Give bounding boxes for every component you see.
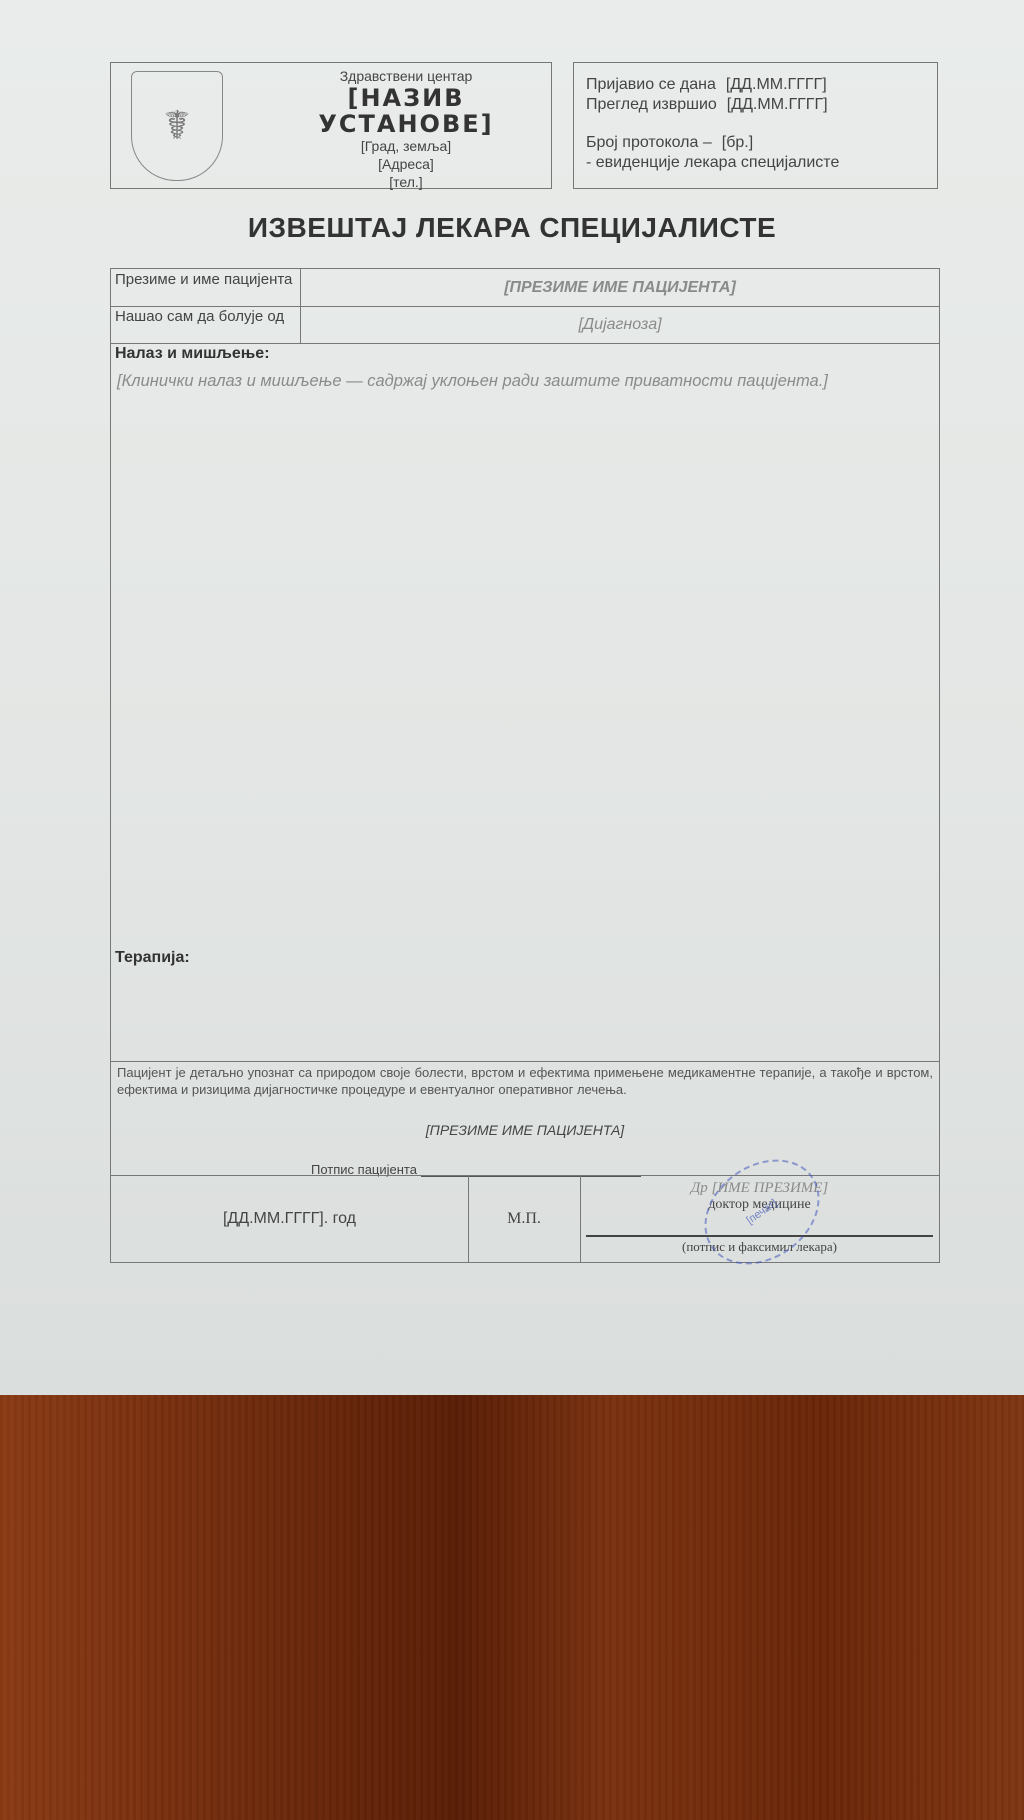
reported-date-line: Пријавио се дана[ДД.ММ.ГГГГ] <box>586 75 827 95</box>
report-form: Презиме и име пацијента [ПРЕЗИМЕ ИМЕ ПАЦ… <box>110 268 940 1263</box>
exam-label: Преглед извршио <box>586 96 717 113</box>
protocol-line: Број протокола –[бр.] <box>586 133 753 153</box>
patient-name-value: [ПРЕЗИМЕ ИМЕ ПАЦИЈЕНТА] <box>301 269 939 306</box>
consent-patient-name: [ПРЕЗИМЕ ИМЕ ПАЦИЈЕНТА] <box>111 1122 939 1138</box>
caduceus-crest-icon: ☤ <box>131 71 223 181</box>
seal-label: М.П. <box>468 1176 581 1262</box>
patient-name-row: Презиме и име пацијента [ПРЕЗИМЕ ИМЕ ПАЦ… <box>111 269 939 307</box>
exam-value: [ДД.ММ.ГГГГ] <box>727 96 828 113</box>
consent-section: Пацијент је детаљно упознат са природом … <box>111 1061 939 1100</box>
org-line1: Здравствени центар <box>271 67 541 85</box>
therapy-heading: Терапија: <box>115 949 190 967</box>
diagnosis-label: Нашао сам да болује од <box>111 306 301 343</box>
institution-info: Здравствени центар [НАЗИВ УСТАНОВЕ] [Гра… <box>271 67 541 191</box>
org-phone: [тел.] <box>271 173 541 191</box>
findings-heading: Налаз и мишљење: <box>115 345 270 363</box>
report-date: [ДД.ММ.ГГГГ]. год <box>111 1176 469 1262</box>
findings-text: [Клинички налаз и мишљење — садржај укло… <box>117 371 929 393</box>
exam-date-line: Преглед извршио[ДД.ММ.ГГГГ] <box>586 95 828 115</box>
reported-label: Пријавио се дана <box>586 76 716 93</box>
wooden-desk-background <box>0 1395 1024 1820</box>
registry-note: - евиденције лекара специјалисте <box>586 153 839 173</box>
report-title: ИЗВЕШТАЈ ЛЕКАРА СПЕЦИЈАЛИСТЕ <box>0 212 1024 244</box>
org-name: [НАЗИВ УСТАНОВЕ] <box>271 85 541 137</box>
institution-header: ☤ Здравствени центар [НАЗИВ УСТАНОВЕ] [Г… <box>110 62 552 189</box>
org-address: [Адреса] <box>271 155 541 173</box>
report-page: ☤ Здравствени центар [НАЗИВ УСТАНОВЕ] [Г… <box>0 0 1024 1400</box>
diagnosis-value: [Дијагноза] <box>301 306 939 343</box>
diagnosis-row: Нашао сам да болује од [Дијагноза] <box>111 306 939 344</box>
reported-value: [ДД.ММ.ГГГГ] <box>726 76 827 93</box>
protocol-label: Број протокола – <box>586 134 712 151</box>
patient-name-label: Презиме и име пацијента <box>111 269 301 306</box>
registration-box: Пријавио се дана[ДД.ММ.ГГГГ] Преглед изв… <box>573 62 938 189</box>
protocol-value: [бр.] <box>722 134 753 151</box>
consent-text: Пацијент је детаљно упознат са природом … <box>111 1062 939 1100</box>
org-city: [Град, земља] <box>271 137 541 155</box>
